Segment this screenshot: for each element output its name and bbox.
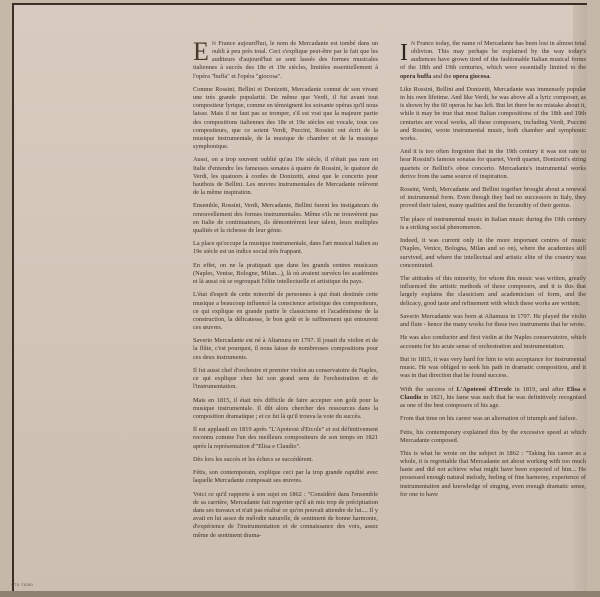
french-paragraph-1: En France aujourd'hui, le nom de Mercada… xyxy=(193,40,378,81)
drop-cap: E xyxy=(193,41,209,63)
english-paragraph-11: With the success of L'Apoteosi d'Ercole … xyxy=(400,386,586,410)
french-paragraph-9: Il fut aussi chef d'orchestre et premier… xyxy=(193,367,378,391)
english-paragraph-14: This is what he wrote on the subject in … xyxy=(400,450,586,499)
english-paragraph-13: Fetis, his contemporary explained this b… xyxy=(400,429,586,445)
french-paragraph-14: Voici ce qu'il rapporte à son sujet en 1… xyxy=(193,491,378,540)
english-paragraph-10: But in 1815, it was very hard for him to… xyxy=(400,356,586,380)
english-paragraph-6: Indeed, it was current only in the more … xyxy=(400,237,586,270)
french-paragraph-4: Ensemble, Rossini, Verdi, Mercadante, Be… xyxy=(193,202,378,235)
english-paragraph-7: The attitudes of this minority, for whom… xyxy=(400,275,586,308)
french-paragraph-5: La place qu'occupe la musique instrument… xyxy=(193,240,378,256)
drop-cap: I xyxy=(400,42,408,64)
english-paragraph-9: He was also conductor and first violin a… xyxy=(400,334,586,350)
french-paragraph-2: Comme Rossini, Bellini et Donizetti, Mer… xyxy=(193,86,378,151)
catalog-number: STX 71000 xyxy=(11,582,33,587)
french-paragraph-3: Aussi, on a trop souvent oublié qu'au 19… xyxy=(193,156,378,197)
english-paragraph-5: The place of instrumental music in Itali… xyxy=(400,216,586,232)
french-paragraph-6: En effet, on ne la pratiquait que dans l… xyxy=(193,262,378,286)
french-paragraph-12: Dès lors les succès et les échecs se suc… xyxy=(193,456,378,464)
french-liner-notes-column: En France aujourd'hui, le nom de Mercada… xyxy=(193,40,378,545)
sleeve-bottom-edge xyxy=(0,591,600,597)
french-paragraph-7: L'état d'esprit de cette minorité de per… xyxy=(193,291,378,332)
english-paragraph-4: Rossini, Verdi, Mercadante and Bellini t… xyxy=(400,186,586,210)
french-paragraph-11: Il est applaudi en 1819 après "L'Apoteos… xyxy=(193,426,378,450)
english-paragraph-12: From that time on his career was an alte… xyxy=(400,415,586,423)
album-sleeve: En France aujourd'hui, le nom de Mercada… xyxy=(0,0,600,597)
french-paragraph-8: Saverio Mercadante est né à Altamura en … xyxy=(193,337,378,361)
english-paragraph-8: Saverio Mercadante was born at Altamura … xyxy=(400,313,586,329)
french-paragraph-10: Mais en 1815, il était très difficile de… xyxy=(193,397,378,421)
french-paragraph-13: Fétis, son contemporain, explique ceci p… xyxy=(193,469,378,485)
english-paragraph-1: In France today, the name of Mercadante … xyxy=(400,40,586,81)
english-paragraph-2: Like Rossini, Bellini and Donizetti, Mer… xyxy=(400,86,586,143)
english-paragraph-3: And it is too often forgotten that in th… xyxy=(400,148,586,181)
english-liner-notes-column: In France today, the name of Mercadante … xyxy=(400,40,586,504)
